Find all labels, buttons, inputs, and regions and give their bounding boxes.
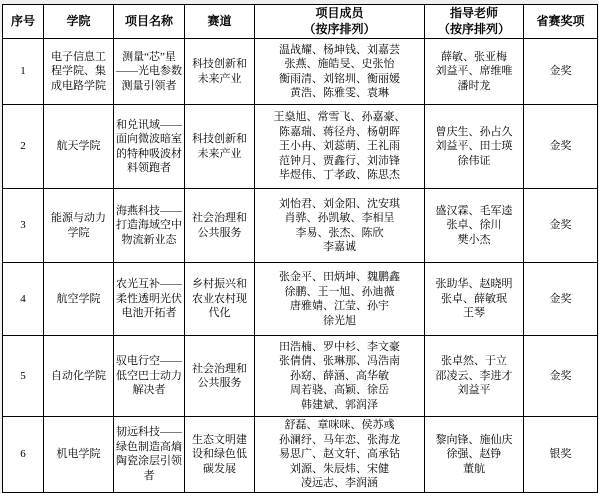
cell-members: 刘怡君、刘金阳、沈安琪 肖骅、孙凯敏、李相呈 李易、张杰、陈欣 李嘉诚 <box>255 189 425 263</box>
cell-project: 和兑讯域——面向微波暗室的特种吸波材料领跑者 <box>114 105 185 189</box>
cell-project: 韧远科技——绿色制造高熵陶瓷涂层引领者 <box>114 417 185 484</box>
cell-award: 银奖 <box>524 417 598 484</box>
table-row: 5 自动化学院 驭电行空——低空巴士动力解决者 社会治理和公共服务 田浩楠、罗中… <box>3 336 598 417</box>
cell-no: 2 <box>3 105 44 189</box>
page: { "table": { "headers": [ "序号", "学院", "项… <box>0 0 599 484</box>
cell-award: 金奖 <box>524 263 598 336</box>
cell-project: 农光互补——柔性透明光伏电池开拓者 <box>114 263 185 336</box>
cell-project: 驭电行空——低空巴士动力解决者 <box>114 336 185 417</box>
cell-track: 乡村振兴和农业农村现代化 <box>185 263 255 336</box>
header-college: 学院 <box>44 5 114 39</box>
header-members: 项目成员 （按序排列） <box>255 5 425 39</box>
cell-college: 航天学院 <box>44 105 114 189</box>
header-award: 省赛奖项 <box>524 5 598 39</box>
cell-track: 科技创新和未来产业 <box>185 105 255 189</box>
cell-project: 测量“芯”星——光电参数测量引领者 <box>114 39 185 105</box>
table-row: 4 航空学院 农光互补——柔性透明光伏电池开拓者 乡村振兴和农业农村现代化 张金… <box>3 263 598 336</box>
cell-no: 6 <box>3 417 44 484</box>
cell-members: 王燊旭、常雪飞、孙嘉豪、 陈嘉瑞、蒋径舟、杨朝晖 王小冉、刘蕊萌、王礼雨 范钟月… <box>255 105 425 189</box>
cell-college: 自动化学院 <box>44 336 114 417</box>
cell-members: 田浩楠、罗中杉、李文豪 张倩倩、张琳那、冯浩南 孙窈、薛涵、高华敏 周若骁、高颖… <box>255 336 425 417</box>
cell-track: 科技创新和未来产业 <box>185 39 255 105</box>
cell-advisors: 曾庆生、孙占久 刘益平、田士瑛 徐伟证 <box>425 105 524 189</box>
cell-no: 3 <box>3 189 44 263</box>
cell-members: 温战耀、杨坤钱、刘嘉芸 张燕、施皓旻、史张怡 衡雨清、刘铭圳、衡丽媛 黄浩、陈雅… <box>255 39 425 105</box>
cell-advisors: 张卓然、于立 邵凌云、李进才 刘益平 <box>425 336 524 417</box>
cell-advisors: 盛汉霖、毛军逵 张卓、徐川 樊小杰 <box>425 189 524 263</box>
cell-track: 社会治理和公共服务 <box>185 189 255 263</box>
cell-members: 舒磊、章咪咪、侯苏彧 孙澜纾、马年恋、张海龙 易思广、赵文轩、高承钻 刘源、朱辰… <box>255 417 425 484</box>
header-no: 序号 <box>3 5 44 39</box>
header-track: 赛道 <box>185 5 255 39</box>
cell-members: 张金平、田炳坤、魏鹏鑫 徐鹏、王一旭、孙迪薇 唐雅婧、江莹、孙宇 徐光旭 <box>255 263 425 336</box>
cell-no: 4 <box>3 263 44 336</box>
table-row: 2 航天学院 和兑讯域——面向微波暗室的特种吸波材料领跑者 科技创新和未来产业 … <box>3 105 598 189</box>
table-row: 6 机电学院 韧远科技——绿色制造高熵陶瓷涂层引领者 生态文明建设和绿色低碳发展… <box>3 417 598 484</box>
cell-track: 社会治理和公共服务 <box>185 336 255 417</box>
cell-college: 机电学院 <box>44 417 114 484</box>
awards-table: 序号 学院 项目名称 赛道 项目成员 （按序排列） 指导老师 （按序排列） 省赛… <box>2 4 598 484</box>
cell-project: 海燕科技——打造海域空中物流新业态 <box>114 189 185 263</box>
table-row: 1 电子信息工程学院、集成电路学院 测量“芯”星——光电参数测量引领者 科技创新… <box>3 39 598 105</box>
cell-award: 金奖 <box>524 105 598 189</box>
cell-advisors: 薛敏、张亚梅 刘益平、席维唯 潘时龙 <box>425 39 524 105</box>
table-row: 3 能源与动力学院 海燕科技——打造海域空中物流新业态 社会治理和公共服务 刘怡… <box>3 189 598 263</box>
header-row: 序号 学院 项目名称 赛道 项目成员 （按序排列） 指导老师 （按序排列） 省赛… <box>3 5 598 39</box>
cell-advisors: 张助华、赵晓明 张卓、薛敏珉 王琴 <box>425 263 524 336</box>
cell-no: 5 <box>3 336 44 417</box>
cell-no: 1 <box>3 39 44 105</box>
cell-award: 金奖 <box>524 39 598 105</box>
awards-table-container: 序号 学院 项目名称 赛道 项目成员 （按序排列） 指导老师 （按序排列） 省赛… <box>2 4 597 484</box>
header-project: 项目名称 <box>114 5 185 39</box>
cell-track: 生态文明建设和绿色低碳发展 <box>185 417 255 484</box>
cell-college: 电子信息工程学院、集成电路学院 <box>44 39 114 105</box>
cell-advisors: 黎向锋、施仙庆 徐强、赵铮 董航 <box>425 417 524 484</box>
header-advisors: 指导老师 （按序排列） <box>425 5 524 39</box>
cell-award: 金奖 <box>524 189 598 263</box>
cell-award: 金奖 <box>524 336 598 417</box>
cell-college: 能源与动力学院 <box>44 189 114 263</box>
cell-college: 航空学院 <box>44 263 114 336</box>
